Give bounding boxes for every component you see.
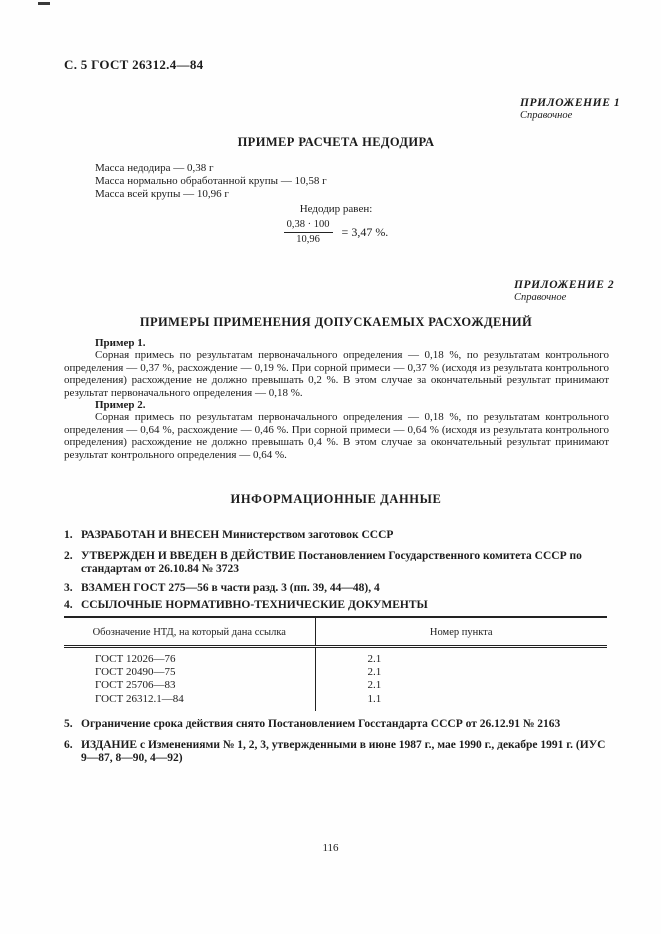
appendix-1-title: ПРИМЕР РАСЧЕТА НЕДОДИРА: [64, 135, 608, 150]
cell-ntd: ГОСТ 25706—83: [64, 679, 315, 692]
examples-block: Пример 1. Сорная примесь по результатам …: [64, 337, 609, 461]
appendix-2-label-block: ПРИЛОЖЕНИЕ 2 Справочное: [514, 279, 614, 303]
info-items-1-4: 1. РАЗРАБОТАН И ВНЕСЕН Министерством заг…: [64, 529, 610, 612]
item-text: УТВЕРЖДЕН И ВВЕДЕН В ДЕЙСТВИЕ Постановле…: [81, 550, 582, 575]
cell-punkt: 1.1: [315, 693, 607, 711]
item-text: РАЗРАБОТАН И ВНЕСЕН Министерством загото…: [81, 529, 393, 541]
page-number: 116: [0, 842, 661, 854]
info-item-3: 3. ВЗАМЕН ГОСТ 275—56 в части разд. 3 (п…: [64, 582, 610, 595]
info-item-1: 1. РАЗРАБОТАН И ВНЕСЕН Министерством заг…: [64, 529, 610, 542]
mass-line-all-groats: Масса всей крупы — 10,96 г: [95, 188, 327, 201]
formula-fraction: 0,38 · 100 10,96: [284, 219, 333, 246]
table-header-row: Обозначение НТД, на который дана ссылка …: [64, 617, 607, 647]
appendix-2-note: Справочное: [514, 292, 614, 303]
example-2-heading: Пример 2.: [95, 399, 609, 411]
info-item-6: 6. ИЗДАНИЕ с Изменениями № 1, 2, 3, утве…: [64, 739, 610, 765]
item-text: Ограничение срока действия снято Постано…: [81, 718, 560, 730]
mass-line-normal-groats: Масса нормально обработанной крупы — 10,…: [95, 175, 327, 188]
table-header-ntd: Обозначение НТД, на который дана ссылка: [64, 617, 315, 647]
fraction-denominator: 10,96: [284, 233, 333, 246]
item-text: ИЗДАНИЕ с Изменениями № 1, 2, 3, утвержд…: [81, 739, 605, 764]
scan-artifact-mark: [38, 2, 50, 5]
document-page: С. 5 ГОСТ 26312.4—84 ПРИЛОЖЕНИЕ 1 Справо…: [0, 0, 661, 934]
cell-ntd: ГОСТ 20490—75: [64, 666, 315, 679]
appendix-1-note: Справочное: [520, 110, 620, 121]
item-text: ВЗАМЕН ГОСТ 275—56 в части разд. 3 (пп. …: [81, 582, 380, 594]
formula-result: = 3,47 %.: [342, 225, 389, 240]
mass-line-nedodir: Масса недодира — 0,38 г: [95, 162, 327, 175]
table-header-punkt: Номер пункта: [315, 617, 607, 647]
appendix-1-label: ПРИЛОЖЕНИЕ 1: [520, 97, 620, 109]
info-item-2: 2. УТВЕРЖДЕН И ВВЕДЕН В ДЕЙСТВИЕ Постано…: [64, 550, 610, 576]
appendix-2-title: ПРИМЕРЫ ПРИМЕНЕНИЯ ДОПУСКАЕМЫХ РАСХОЖДЕН…: [64, 315, 608, 330]
mass-lines-block: Масса недодира — 0,38 г Масса нормально …: [95, 162, 327, 202]
item-number: 1.: [64, 529, 73, 542]
formula-row: 0,38 · 100 10,96 = 3,47 %.: [284, 219, 389, 246]
formula-block: Недодир равен: 0,38 · 100 10,96 = 3,47 %…: [64, 203, 608, 246]
cell-ntd: ГОСТ 26312.1—84: [64, 693, 315, 711]
item-number: 2.: [64, 550, 73, 563]
item-text: ССЫЛОЧНЫЕ НОРМАТИВНО-ТЕХНИЧЕСКИЕ ДОКУМЕН…: [81, 599, 428, 611]
doc-header: С. 5 ГОСТ 26312.4—84: [64, 57, 203, 73]
appendix-2-label: ПРИЛОЖЕНИЕ 2: [514, 279, 614, 291]
table-row: ГОСТ 20490—75 2.1: [64, 666, 607, 679]
info-items-5-6: 5. Ограничение срока действия снято Пост…: [64, 718, 610, 766]
item-number: 5.: [64, 718, 73, 731]
example-2-text: Сорная примесь по результатам первоначал…: [64, 411, 609, 461]
cell-punkt: 2.1: [315, 666, 607, 679]
info-item-5: 5. Ограничение срока действия снято Пост…: [64, 718, 610, 731]
table-row: ГОСТ 12026—76 2.1: [64, 647, 607, 667]
example-1-heading: Пример 1.: [95, 337, 609, 349]
info-item-4: 4. ССЫЛОЧНЫЕ НОРМАТИВНО-ТЕХНИЧЕСКИЕ ДОКУ…: [64, 599, 610, 612]
fraction-numerator: 0,38 · 100: [284, 219, 333, 233]
item-number: 6.: [64, 739, 73, 752]
cell-punkt: 2.1: [315, 647, 607, 667]
item-number: 4.: [64, 599, 73, 612]
cell-punkt: 2.1: [315, 679, 607, 692]
cell-ntd: ГОСТ 12026—76: [64, 647, 315, 667]
info-data-title: ИНФОРМАЦИОННЫЕ ДАННЫЕ: [64, 492, 608, 507]
example-1-text: Сорная примесь по результатам первоначал…: [64, 349, 609, 399]
formula-intro: Недодир равен:: [64, 203, 608, 215]
appendix-1-label-block: ПРИЛОЖЕНИЕ 1 Справочное: [520, 97, 620, 121]
table-row: ГОСТ 25706—83 2.1: [64, 679, 607, 692]
references-table: Обозначение НТД, на который дана ссылка …: [64, 616, 607, 711]
item-number: 3.: [64, 582, 73, 595]
table-row: ГОСТ 26312.1—84 1.1: [64, 693, 607, 711]
